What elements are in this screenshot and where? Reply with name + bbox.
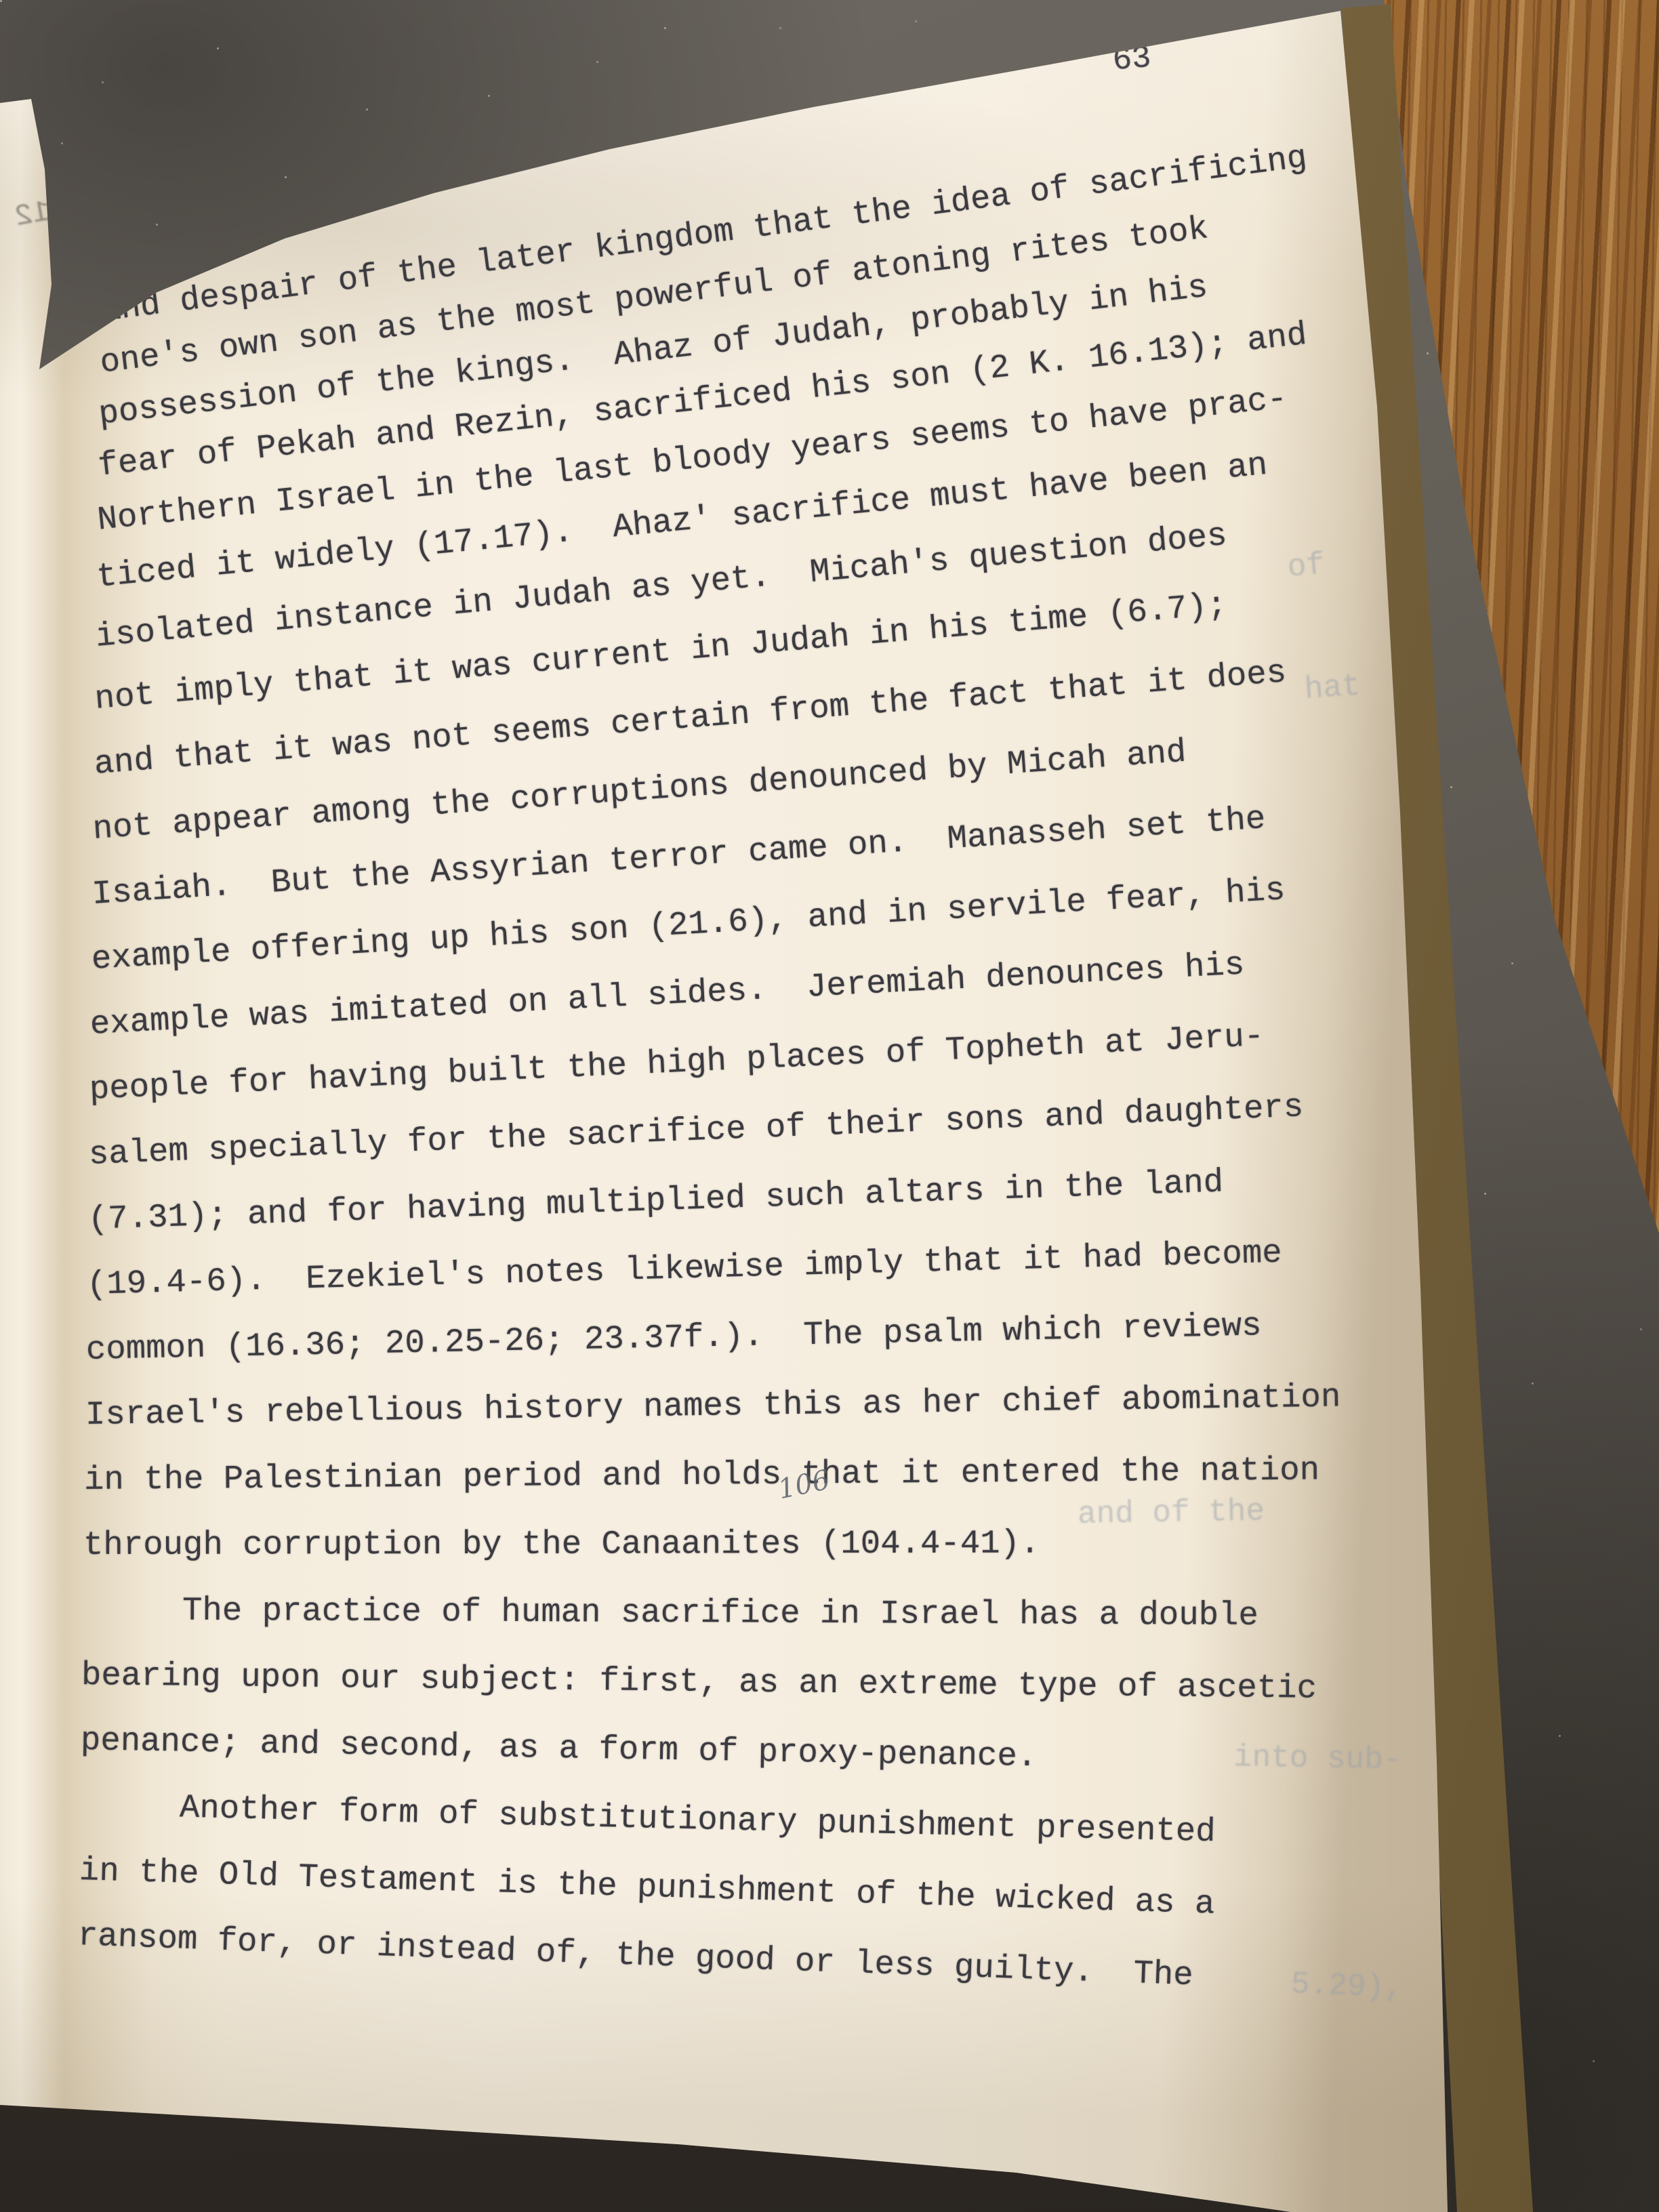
typed-line: in the Old Testament is the punishment o… (79, 1854, 1215, 1921)
typed-line: salem specially for the sacrifice of the… (88, 1090, 1304, 1172)
ghost-text-fragment: hat (1303, 670, 1361, 705)
typed-line: ransom for, or instead of, the good or l… (77, 1919, 1193, 1992)
document-photo: 63 12 and despair of the later kingdom t… (0, 0, 1659, 2212)
typed-line: (19.4-6). Ezekiel's notes likewise imply… (87, 1237, 1283, 1302)
cloth-speckles (0, 0, 2, 2)
typed-line: The practice of human sacrifice in Israe… (83, 1594, 1258, 1633)
ghost-text-fragment: into sub- (1233, 1742, 1402, 1776)
typed-line: Israel's rebellious history names this a… (85, 1380, 1340, 1432)
typed-line: Another form of substitutionary punishme… (79, 1789, 1216, 1849)
typed-line: in the Palestinian period and holds that… (84, 1454, 1319, 1497)
typed-line: bearing upon our subject: first, as an e… (81, 1659, 1317, 1706)
typed-line: (7.31); and for having multiplied such a… (87, 1166, 1224, 1237)
typed-line: penance; and second, as a form of proxy-… (81, 1724, 1038, 1774)
typed-line: common (16.36; 20.25-26; 23.37f.). The p… (85, 1309, 1262, 1367)
ghost-text-fragment: and of the (1078, 1496, 1265, 1530)
ghost-text-fragment: of (1286, 549, 1326, 583)
typed-line: through corruption by the Canaanites (10… (83, 1528, 1040, 1562)
ghost-text-fragment: 5.29), (1290, 1969, 1404, 2004)
